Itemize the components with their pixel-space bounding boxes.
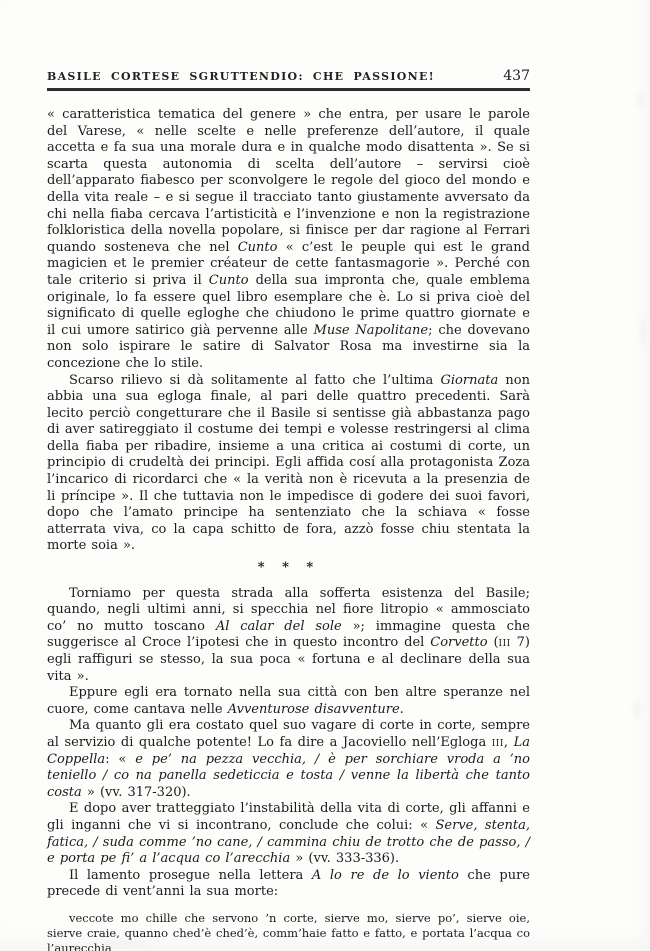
text-run: Ma quanto gli era costato quel suo vagar… [47, 718, 530, 750]
page-header: BASILE CORTESE SGRUTTENDIO: CHE PASSIONE… [47, 68, 530, 84]
text-run: » (vv. 333-336). [290, 851, 399, 866]
page-number: 437 [503, 68, 530, 84]
page: BASILE CORTESE SGRUTTENDIO: CHE PASSIONE… [0, 0, 650, 951]
paragraph: Torniamo per questa strada alla sofferta… [47, 586, 530, 686]
paragraph: Il lamento prosegue nella lettera A lo r… [47, 868, 530, 901]
paragraph: « caratteristica tematica del genere » c… [47, 107, 530, 373]
text-run: Muse Napolitane [314, 323, 429, 338]
text-run: iii [492, 735, 504, 750]
running-title: BASILE CORTESE SGRUTTENDIO: CHE PASSIONE… [47, 70, 435, 83]
text-run: A lo re de lo viento [312, 868, 459, 883]
text-run: Cunto [238, 240, 278, 255]
paragraph: Ma quanto gli era costato quel suo vagar… [47, 718, 530, 801]
text-run: , [504, 735, 514, 750]
text-run: Corvetto [430, 635, 487, 650]
text-run: : « [105, 752, 135, 767]
text-column: BASILE CORTESE SGRUTTENDIO: CHE PASSIONE… [47, 68, 530, 951]
scan-smudge [632, 700, 641, 718]
scan-smudge [636, 92, 644, 108]
scan-smudge [640, 318, 647, 346]
text-run: » (vv. 317-320). [82, 785, 191, 800]
paragraph: E dopo aver tratteggiato l’instabilità d… [47, 801, 530, 867]
header-rule [47, 88, 530, 91]
text-run: non abbia una sua egloga finale, al pari… [47, 373, 530, 554]
scan-smudge [90, 940, 150, 946]
text-run: Il lamento prosegue nella lettera [69, 868, 312, 883]
body-text: « caratteristica tematica del genere » c… [47, 107, 530, 951]
text-run: « caratteristica tematica del genere » c… [47, 107, 530, 255]
paragraph: Eppure egli era tornato nella sua città … [47, 685, 530, 718]
section-break: * * * [47, 560, 530, 577]
text-run: Scarso rilievo si dà solitamente al fatt… [69, 373, 441, 388]
paragraph: Scarso rilievo si dà solitamente al fatt… [47, 373, 530, 556]
text-run: iii [499, 635, 511, 650]
text-run: Al calar del sole [216, 619, 342, 634]
text-run: . [400, 702, 404, 717]
text-run: Cunto [209, 273, 249, 288]
text-run: Giornata [441, 373, 499, 388]
text-run: ( [488, 635, 499, 650]
text-run: Avventurose disavventure [228, 702, 400, 717]
